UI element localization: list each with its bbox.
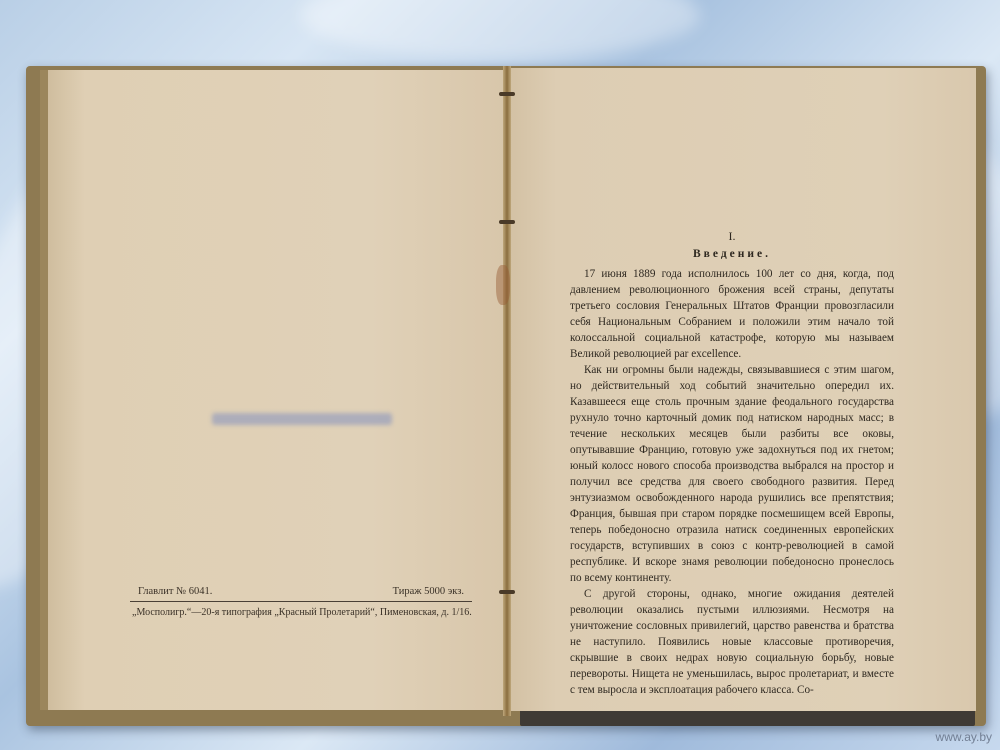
imprint-rule <box>130 601 472 602</box>
printer-imprint: Главлит № 6041. Тираж 5000 экз. „Мосполи… <box>130 586 472 618</box>
glavlit-number: Главлит № 6041. <box>138 586 212 597</box>
cloth-highlight <box>300 0 700 60</box>
printer-line: „Мосполигр.“—20-я типография „Красный Пр… <box>130 607 472 618</box>
chapter-number: I. <box>570 228 894 244</box>
binding-stitch <box>499 590 515 594</box>
chapter-title: Введение. <box>570 246 894 262</box>
paragraph: Как ни огромны были надежды, связывавшие… <box>570 362 894 586</box>
paragraph: 17 июня 1889 года исполнилось 100 лет со… <box>570 266 894 362</box>
paragraph: С другой стороны, однако, многие ожидани… <box>570 586 894 698</box>
book-spine <box>503 66 511 716</box>
print-run: Тираж 5000 экз. <box>393 586 464 597</box>
rust-stain <box>496 265 510 305</box>
chapter-text: I. Введение. 17 июня 1889 года исполнило… <box>570 228 894 698</box>
faded-stamp <box>212 413 392 425</box>
binding-stitch <box>499 220 515 224</box>
watermark: www.ay.by <box>936 730 992 744</box>
binding-stitch <box>499 92 515 96</box>
